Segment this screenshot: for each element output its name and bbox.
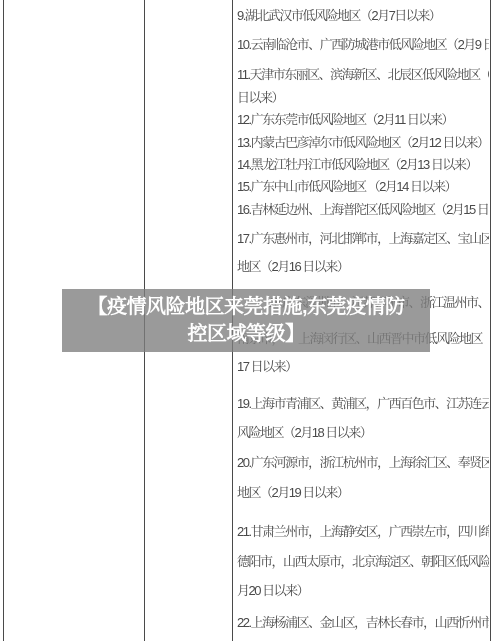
list-line: 地区（2月16 日以来） (237, 258, 489, 276)
list-line: 17.广东惠州市，河北邯郸市，上海嘉定区、宝山区低风险 (237, 230, 489, 248)
list-line: 德阳市，山西太原市，北京海淀区、朝阳区低风险地区（2 (237, 553, 489, 571)
list-line: 21.甘肃兰州市，上海静安区，广西崇左市，四川绵阳市、 (237, 523, 489, 541)
list-line: 16.吉林延边州、上海普陀区低风险地区（2月15 日） (237, 201, 489, 219)
list-line: 月20 日以来） (237, 582, 489, 600)
table-border-left (3, 0, 4, 641)
list-line: 地区（2月19 日以来） (237, 484, 489, 502)
list-line: 11.天津市东丽区、滨海新区、北辰区低风险地区（2月10 (237, 66, 489, 84)
document-table-screenshot: 9.湖北武汉市低风险地区（2月7日以来） 10.云南临沧市、广西防城港市低风险地… (0, 0, 500, 641)
headline-overlay: 【疫情风险地区来莞措施,东莞疫情防 控区域等级】 (62, 289, 430, 352)
table-border-right (490, 0, 491, 641)
list-line: 20.广东河源市，浙江杭州市，上海徐汇区、奉贤区低风险 (237, 454, 489, 472)
list-line: 风险地区（2月18 日以来） (237, 424, 489, 442)
list-line: 17 日以来） (237, 358, 489, 376)
list-line: 15.广东中山市低风险地区 （2月14 日以来） (237, 178, 489, 196)
list-line: 22.上海杨浦区、金山区，吉林长春市，山西忻州市，河北 (237, 614, 489, 632)
list-line: 12.广东东莞市低风险地区（2月11 日以来） (237, 111, 489, 129)
list-line: 日以来） (237, 89, 489, 107)
list-line: 10.云南临沧市、广西防城港市低风险地区（2月9 日以来） (237, 36, 489, 54)
headline-line1: 【疫情风险地区来莞措施,东莞疫情防 (62, 294, 430, 321)
list-line: 14.黑龙江牡丹江市低风险地区（2月13 日以来） (237, 156, 489, 174)
list-line: 19.上海市青浦区、黄浦区，广西百色市、江苏连云港市低 (237, 395, 489, 413)
list-line: 13.内蒙古巴彦淖尔市低风险地区（2月12 日以来） (237, 134, 489, 152)
headline-line2: 控区域等级】 (62, 321, 430, 348)
list-line: 9.湖北武汉市低风险地区（2月7日以来） (237, 7, 489, 25)
